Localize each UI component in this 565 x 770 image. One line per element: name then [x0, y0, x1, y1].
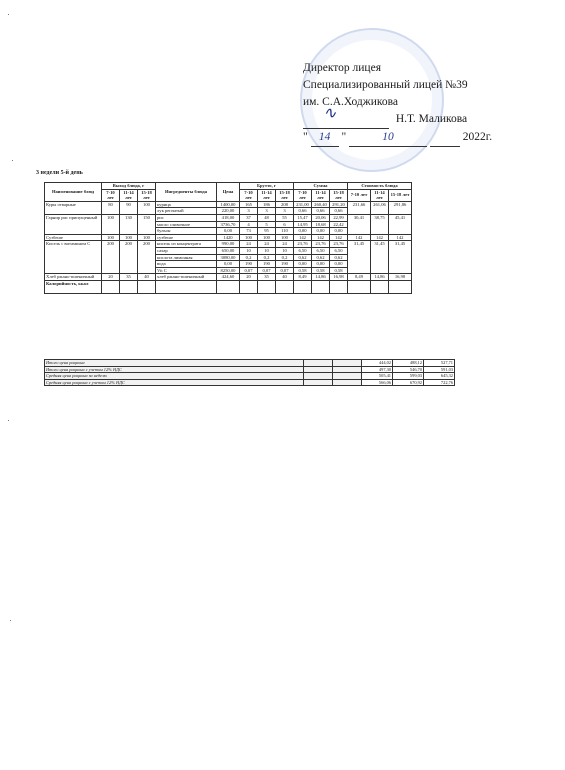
- ingredient-sum: 0,58: [330, 267, 348, 274]
- dish-yield: 130: [120, 214, 138, 234]
- signature-mark: ∿: [323, 105, 336, 122]
- dish-cost: 16,98: [389, 274, 412, 281]
- dish-yield: 100: [138, 234, 156, 241]
- ingredient-sum: 6,50: [330, 247, 348, 254]
- dish-cost: 31,45: [371, 241, 389, 274]
- ingredient-sum: 20,06: [312, 214, 330, 221]
- dish-yield: 200: [120, 241, 138, 274]
- header-ingredients: Ингредиенты блюда: [156, 183, 217, 202]
- header-dish-name: Наименование блюд: [45, 183, 102, 202]
- dish-cost: 261,06: [371, 201, 389, 214]
- ingredient-name: курица: [156, 201, 217, 208]
- header-cost-age-1: 11-14 лет: [371, 189, 389, 201]
- ingredient-sum: 8,49: [294, 274, 312, 281]
- ingredient-brutto: 37: [240, 214, 258, 221]
- approval-date: " 14 " 10 2022г.: [303, 129, 492, 147]
- ingredient-sum: 0,66: [312, 208, 330, 215]
- ingredient-brutto: 208: [276, 201, 294, 208]
- dish-yield: 90: [120, 201, 138, 214]
- ingredient-name: кисель из концентрата: [156, 241, 217, 248]
- ingredient-price: 8250,00: [217, 267, 240, 274]
- ingredient-brutto: 35: [258, 274, 276, 281]
- calorie-cell: [156, 280, 217, 293]
- date-month: 10: [349, 129, 427, 147]
- ingredient-brutto: 5: [258, 221, 276, 228]
- header-sum: Сумма: [294, 183, 348, 190]
- ingredient-brutto: 95: [258, 228, 276, 235]
- dish-name: Сузбеше: [45, 234, 102, 241]
- scan-speck: [10, 620, 11, 621]
- dish-name: Хлеб ржано-пшеничный: [45, 274, 102, 281]
- ingredient-brutto: 3: [258, 208, 276, 215]
- ingredient-name: лук репчатый: [156, 208, 217, 215]
- dish-name: Куры отварные: [45, 201, 102, 214]
- ingredient-sum: 142: [294, 234, 312, 241]
- menu-subtitle: 3 недели 5-й день: [36, 170, 83, 176]
- ingredient-sum: 22,42: [330, 221, 348, 228]
- quote-open: ": [303, 129, 308, 146]
- ingredient-brutto: 190: [276, 261, 294, 268]
- header-price: Цена: [217, 183, 240, 202]
- dish-yield: 100: [138, 201, 156, 214]
- ingredient-sum: 260,40: [312, 201, 330, 208]
- ingredient-brutto: 4: [240, 221, 258, 228]
- totals-value: 722,76: [424, 379, 455, 386]
- dish-cost: 45,41: [389, 214, 412, 234]
- header-sum-age-0: 7-10 лет: [294, 189, 312, 201]
- ingredient-brutto: 165: [240, 201, 258, 208]
- table-row: Гарнир рис припущенный100130150рис418,00…: [45, 214, 412, 221]
- ingredient-price: 990,00: [217, 241, 240, 248]
- ingredient-sum: 0,66: [294, 208, 312, 215]
- calorie-cell: [348, 280, 371, 293]
- ingredient-brutto: 24: [276, 241, 294, 248]
- ingredient-brutto: 55: [276, 214, 294, 221]
- ingredient-sum: 0,00: [294, 261, 312, 268]
- dish-cost: 142: [371, 234, 389, 241]
- calorie-cell: [240, 280, 258, 293]
- ingredient-sum: 0,58: [294, 267, 312, 274]
- totals-table: Итого цена рациона444,02488,12527,71Итог…: [44, 359, 455, 386]
- dish-yield: 35: [120, 274, 138, 281]
- calorie-cell: [294, 280, 312, 293]
- calorie-cell: [138, 280, 156, 293]
- header-brutto: Брутто, г: [240, 183, 294, 190]
- ingredient-brutto: 0,07: [258, 267, 276, 274]
- ingredient-brutto: 48: [258, 214, 276, 221]
- totals-row: Средняя цена рациона с учетом 12% НДС566…: [45, 379, 455, 386]
- header-yield-age-1: 11-14 лет: [120, 189, 138, 201]
- ingredient-price: 0,00: [217, 228, 240, 235]
- ingredient-brutto: 0,2: [276, 254, 294, 261]
- ingredient-price: 650,00: [217, 247, 240, 254]
- totals-value: 566,06: [362, 379, 393, 386]
- ingredient-sum: 23,76: [312, 241, 330, 248]
- dish-cost: 231,66: [348, 201, 371, 214]
- dish-cost: 14,86: [371, 274, 389, 281]
- dish-cost: 8,49: [348, 274, 371, 281]
- table-row: Хлеб ржано-пшеничный203540хлеб ржано-пше…: [45, 274, 412, 281]
- dish-yield: 200: [138, 241, 156, 274]
- ingredient-brutto: 100: [240, 234, 258, 241]
- dish-yield: 100: [102, 214, 120, 234]
- approval-title: Директор лицея: [303, 60, 492, 77]
- calorie-cell: [258, 280, 276, 293]
- ingredient-sum: 14,95: [294, 221, 312, 228]
- ingredient-sum: 16,98: [330, 274, 348, 281]
- ingredient-brutto: 0,07: [276, 267, 294, 274]
- calorie-cell: [217, 280, 240, 293]
- ingredient-brutto: 3: [240, 208, 258, 215]
- ingredient-name: кислота лимонная: [156, 254, 217, 261]
- date-underline: [430, 129, 460, 147]
- scan-speck: [8, 14, 9, 15]
- calorie-cell: [276, 280, 294, 293]
- calorie-cell: [120, 280, 138, 293]
- header-cost: Стоимость блюда: [348, 183, 412, 190]
- ingredient-name: сузбеше: [156, 234, 217, 241]
- dish-cost: 31,45: [389, 241, 412, 274]
- dish-cost: 38,75: [371, 214, 389, 234]
- dish-yield: 150: [138, 214, 156, 234]
- table-row: Куры отварные8090100курица1400,001651862…: [45, 201, 412, 208]
- ingredient-brutto: 100: [276, 234, 294, 241]
- menu-table: Наименование блюд Выход блюда, г Ингреди…: [44, 182, 412, 294]
- ingredient-sum: 6,50: [312, 247, 330, 254]
- ingredient-sum: 231,00: [294, 201, 312, 208]
- approval-block: Директор лицея Специализированный лицей …: [303, 60, 492, 147]
- header-sum-age-1: 11-14 лет: [312, 189, 330, 201]
- signatory-name: Н.Т. Маликова: [396, 113, 467, 125]
- ingredient-sum: 14,86: [312, 274, 330, 281]
- ingredient-brutto: 0,2: [258, 254, 276, 261]
- ingredient-brutto: 20: [240, 274, 258, 281]
- ingredient-name: сахар: [156, 247, 217, 254]
- dish-yield: 100: [102, 234, 120, 241]
- header-yield-age-0: 7-10 лет: [102, 189, 120, 201]
- totals-empty: [304, 379, 333, 386]
- ingredient-sum: 0,62: [330, 254, 348, 261]
- ingredient-sum: 0,66: [330, 208, 348, 215]
- header-cost-age-2: 15-18 лет: [389, 189, 412, 201]
- dish-cost: 291,86: [389, 201, 412, 214]
- calorie-cell: [330, 280, 348, 293]
- ingredient-brutto: 40: [276, 274, 294, 281]
- scan-speck: [12, 160, 13, 161]
- ingredient-sum: 0,00: [312, 228, 330, 235]
- ingredient-name: хлеб ржано-пшеничный: [156, 274, 217, 281]
- calorie-cell: [389, 280, 412, 293]
- date-year: 2022г.: [463, 129, 492, 146]
- ingredient-brutto: 190: [258, 261, 276, 268]
- ingredient-sum: 0,62: [294, 254, 312, 261]
- ingredient-brutto: 100: [258, 234, 276, 241]
- ingredient-price: 1420: [217, 234, 240, 241]
- ingredient-price: 418,00: [217, 214, 240, 221]
- ingredient-sum: 22,99: [330, 214, 348, 221]
- ingredient-brutto: 10: [258, 247, 276, 254]
- ingredient-sum: 0,00: [294, 228, 312, 235]
- header-yield: Выход блюда, г: [102, 183, 156, 190]
- ingredient-brutto: 190: [240, 261, 258, 268]
- header-yield-age-2: 15-18 лет: [138, 189, 156, 201]
- ingredient-sum: 0,00: [330, 261, 348, 268]
- ingredient-price: 3080,00: [217, 254, 240, 261]
- signature-field: ∿: [303, 111, 389, 129]
- ingredient-name: бульон: [156, 228, 217, 235]
- ingredient-sum: 23,76: [330, 241, 348, 248]
- dish-yield: 200: [102, 241, 120, 274]
- ingredient-name: рис: [156, 214, 217, 221]
- ingredient-brutto: 10: [240, 247, 258, 254]
- signature-line: ∿ Н.Т. Маликова: [303, 111, 492, 129]
- ingredient-price: 1400,00: [217, 201, 240, 208]
- dish-name: Кисель с витамином С: [45, 241, 102, 274]
- ingredient-sum: 15,47: [294, 214, 312, 221]
- ingredient-brutto: 186: [258, 201, 276, 208]
- dish-cost: 31,45: [348, 241, 371, 274]
- dish-yield: 20: [102, 274, 120, 281]
- dish-cost: 142: [389, 234, 412, 241]
- ingredient-brutto: 110: [276, 228, 294, 235]
- ingredient-brutto: 6: [276, 221, 294, 228]
- dish-yield: 100: [120, 234, 138, 241]
- ingredient-sum: 18,68: [312, 221, 330, 228]
- ingredient-sum: 142: [312, 234, 330, 241]
- scan-speck: [8, 420, 9, 421]
- ingredient-sum: 23,76: [294, 241, 312, 248]
- ingredient-sum: 0,00: [330, 228, 348, 235]
- ingredient-sum: 291,20: [330, 201, 348, 208]
- ingredient-name: Vit C: [156, 267, 217, 274]
- date-day: 14: [311, 129, 339, 147]
- ingredient-brutto: 0,07: [240, 267, 258, 274]
- totals-value: 670,92: [393, 379, 424, 386]
- quote-close: ": [341, 129, 346, 146]
- header-sum-age-2: 15-18 лет: [330, 189, 348, 201]
- calorie-cell: [371, 280, 389, 293]
- ingredient-sum: 142: [330, 234, 348, 241]
- ingredient-brutto: 24: [240, 241, 258, 248]
- calorie-label: Калорийность, ккал: [45, 280, 102, 293]
- dish-yield: 80: [102, 201, 120, 214]
- ingredient-name: вода: [156, 261, 217, 268]
- ingredient-sum: 0,00: [312, 261, 330, 268]
- ingredient-price: 3736,70: [217, 221, 240, 228]
- ingredient-price: 0,00: [217, 261, 240, 268]
- ingredient-price: 220,00: [217, 208, 240, 215]
- calorie-cell: [102, 280, 120, 293]
- header-brutto-age-1: 11-14 лет: [258, 189, 276, 201]
- dish-name: Гарнир рис припущенный: [45, 214, 102, 234]
- table-row: Кисель с витамином С200200200кисель из к…: [45, 241, 412, 248]
- ingredient-brutto: 10: [276, 247, 294, 254]
- ingredient-sum: 6,50: [294, 247, 312, 254]
- ingredient-brutto: 0,2: [240, 254, 258, 261]
- totals-label: Средняя цена рациона с учетом 12% НДС: [45, 379, 304, 386]
- ingredient-price: 424,60: [217, 274, 240, 281]
- ingredient-sum: 0,62: [312, 254, 330, 261]
- ingredient-sum: 0,58: [312, 267, 330, 274]
- header-brutto-age-2: 15-18 лет: [276, 189, 294, 201]
- ingredient-brutto: 73: [240, 228, 258, 235]
- dish-cost: 30,41: [348, 214, 371, 234]
- ingredient-brutto: 3: [276, 208, 294, 215]
- ingredient-name: масло сливочное: [156, 221, 217, 228]
- header-cost-age-0: 7-10 лет: [348, 189, 371, 201]
- approval-org: Специализированный лицей №39: [303, 77, 492, 94]
- table-row: Сузбеше100100100сузбеше14201001001001421…: [45, 234, 412, 241]
- table-row-calories: Калорийность, ккал: [45, 280, 412, 293]
- calorie-cell: [312, 280, 330, 293]
- header-brutto-age-0: 7-10 лет: [240, 189, 258, 201]
- totals-empty: [333, 379, 362, 386]
- dish-yield: 40: [138, 274, 156, 281]
- ingredient-brutto: 24: [258, 241, 276, 248]
- dish-cost: 142: [348, 234, 371, 241]
